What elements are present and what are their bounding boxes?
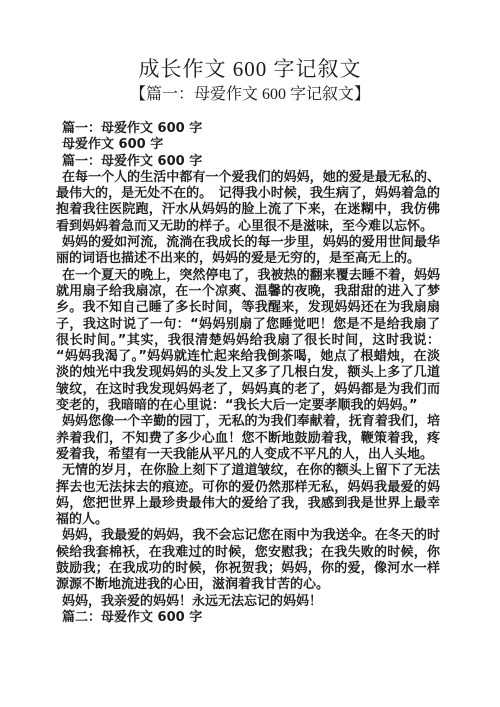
section-header-1: 篇一：母爱作文 600 字 xyxy=(56,121,440,137)
essay-paragraph: 妈妈您像一个辛勤的园丁，无私的为我们奉献着，抚育着我们，培养着我们，不知费了多少… xyxy=(56,414,440,463)
essay-paragraph: 妈妈，我最爱的妈妈，我不会忘记您在雨中为我送伞。在冬天的时候给我套棉袄，在我难过… xyxy=(56,528,440,593)
essay-paragraph: 在一个夏天的晚上，突然停电了，我被热的翻来覆去睡不着，妈妈就用扇子给我扇凉，在一… xyxy=(56,268,440,415)
section-header-next: 篇二：母爱作文 600 字 xyxy=(56,610,440,626)
essay-body: 篇一：母爱作文 600 字 母爱作文 600 字 篇一：母爱作文 600 字 在… xyxy=(56,121,440,626)
document-page: 成长作文 600 字记叙文 【篇一：母爱作文 600 字记叙文】 篇一：母爱作文… xyxy=(0,0,500,707)
section-header-3: 篇一：母爱作文 600 字 xyxy=(56,154,440,170)
section-header-2: 母爱作文 600 字 xyxy=(56,137,440,153)
essay-paragraph: 在每一个人的生活中都有一个爱我们的妈妈，她的爱是最无私的、最伟大的，是无处不在的… xyxy=(56,170,440,235)
essay-paragraph: 妈妈的爱如河流，流淌在我成长的每一步里，妈妈的爱用世间最华丽的词语也描述不出来的… xyxy=(56,235,440,268)
essay-paragraph: 妈妈，我亲爱的妈妈！永远无法忘记的妈妈！ xyxy=(56,594,440,610)
document-title: 成长作文 600 字记叙文 xyxy=(0,0,500,82)
document-subtitle: 【篇一：母爱作文 600 字记叙文】 xyxy=(0,85,500,105)
essay-paragraph: 无情的岁月，在你脸上刻下了道道皱纹，在你的额头上留下了无法挥去也无法抹去的痕迹。… xyxy=(56,463,440,528)
